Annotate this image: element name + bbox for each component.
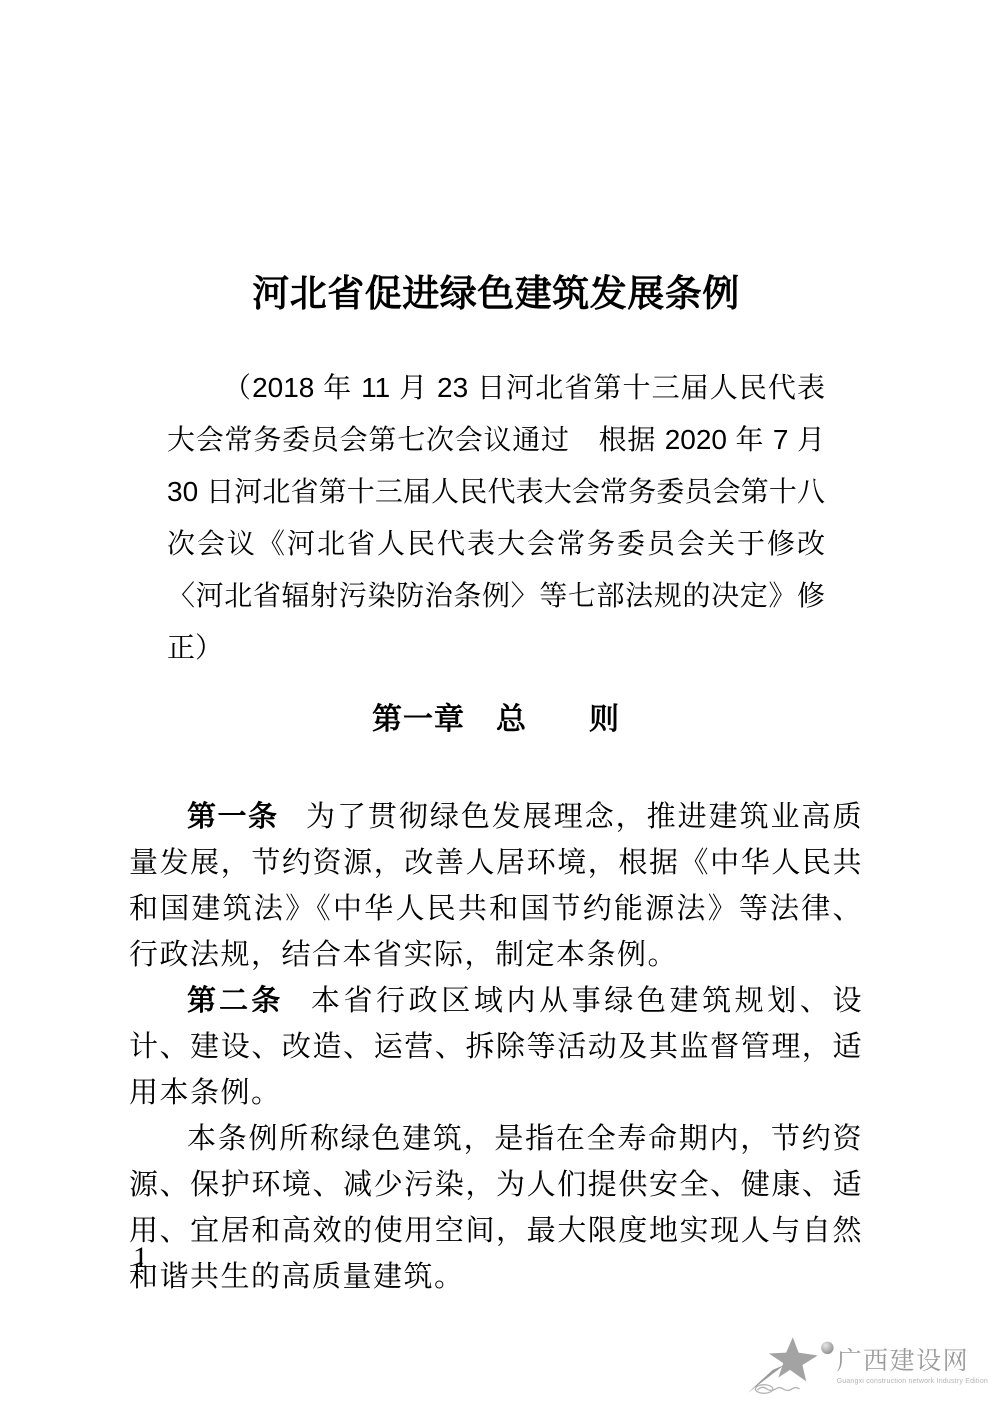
logo-script-scribble [755, 1385, 799, 1394]
document-title: 河北省促进绿色建筑发展条例 [0, 0, 992, 318]
article-body: 第一条为了贯彻绿色发展理念，推进建筑业高质量发展，节约资源，改善人居环境，根据《… [129, 794, 863, 1300]
article-2-label: 第二条 [187, 985, 283, 1017]
watermark-text: 广西建设网 Guangxi construction network Indus… [837, 1348, 988, 1386]
chapter-heading: 第一章 总 则 [0, 702, 992, 738]
article-1: 第一条为了贯彻绿色发展理念，推进建筑业高质量发展，节约资源，改善人居环境，根据《… [129, 794, 863, 978]
document-page: 河北省促进绿色建筑发展条例 （2018 年 11 月 23 日河北省第十三届人民… [0, 0, 992, 1403]
article-2: 第二条本省行政区域内从事绿色建筑规划、设计、建设、改造、运营、拆除等活动及其监督… [129, 978, 863, 1116]
site-watermark: 广西建设网 Guangxi construction network Indus… [743, 1335, 988, 1397]
page-number: 1 [133, 1240, 148, 1276]
site-tagline: Guangxi construction network Industry Ed… [837, 1377, 988, 1386]
article-2-paragraph-2-text: 本条例所称绿色建筑，是指在全寿命期内，节约资源、保护环境、减少污染，为人们提供安… [129, 1123, 863, 1293]
enactment-preamble: （2018 年 11 月 23 日河北省第十三届人民代表大会常务委员会第七次会议… [167, 362, 825, 674]
logo-ball [821, 1342, 833, 1354]
star-logo-icon [743, 1335, 835, 1397]
site-name: 广西建设网 [837, 1348, 988, 1375]
article-2-paragraph-2: 本条例所称绿色建筑，是指在全寿命期内，节约资源、保护环境、减少污染，为人们提供安… [129, 1116, 863, 1300]
article-1-label: 第一条 [187, 801, 278, 833]
